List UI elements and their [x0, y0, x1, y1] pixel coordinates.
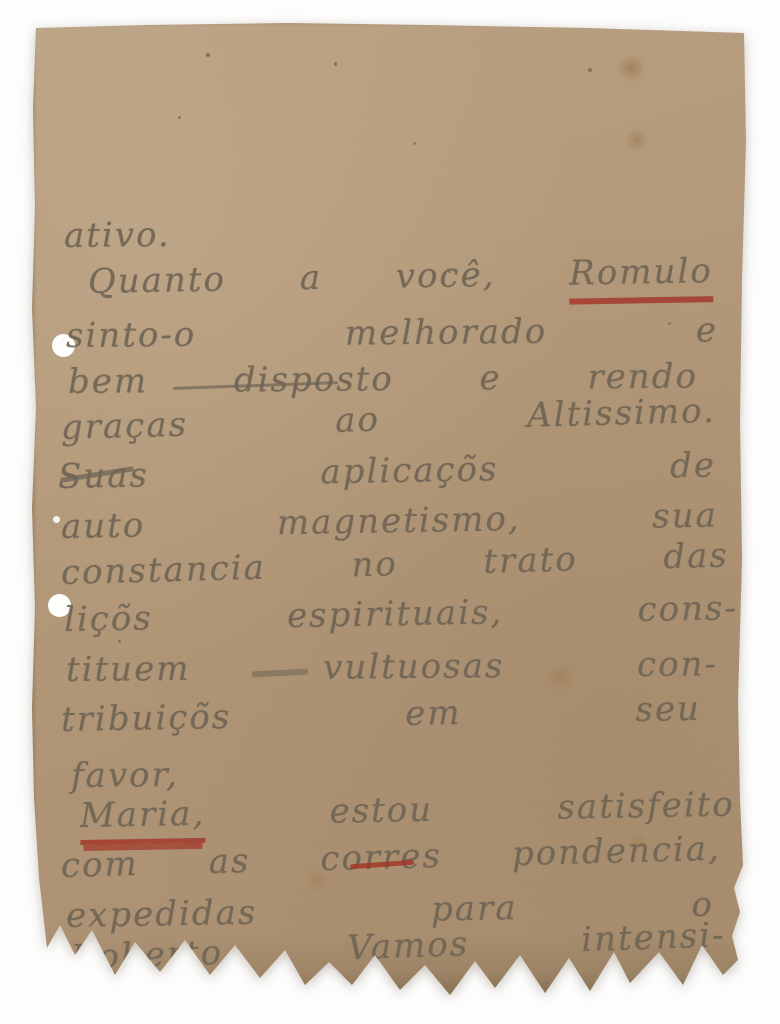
- handwritten-word: seu: [635, 689, 701, 730]
- handwritten-word: Romulo: [569, 251, 713, 304]
- handwritten-word: vultuosas: [323, 646, 505, 688]
- handwriting: ativo. Quantoavocê,Romulo sinto-omelhora…: [28, 20, 750, 1005]
- handwritten-word: tribuiçõs: [61, 697, 232, 740]
- handwritten-word: ao: [335, 400, 381, 441]
- handwriting-line-3: sinto-omelhoradoe: [66, 310, 718, 356]
- handwritten-word: bem: [68, 361, 148, 402]
- handwritten-word: das: [663, 536, 730, 578]
- handwritten-word: Maria,: [80, 794, 206, 845]
- handwritten-word: Roberto.: [70, 932, 236, 988]
- handwritten-word: tituem: [66, 649, 191, 690]
- paper-sheet: ativo. Quantoavocê,Romulo sinto-omelhora…: [28, 20, 750, 1005]
- handwritten-word: de: [670, 446, 717, 487]
- handwritten-word: sua: [652, 496, 718, 537]
- handwritten-word: Altissimo.: [527, 391, 717, 436]
- handwritten-word: a: [299, 258, 322, 309]
- handwriting-line-12: favor,: [71, 755, 179, 796]
- handwritten-word: as: [208, 841, 251, 882]
- handwritten-word: você,: [395, 255, 496, 308]
- handwriting-line-6: Suasaplicaçõsde: [58, 446, 717, 497]
- handwriting-line-2: Quantoavocê,Romulo: [88, 251, 714, 313]
- handwritten-word: auto: [61, 506, 146, 547]
- handwritten-word: espirituais,: [287, 592, 504, 636]
- handwritten-word: intensi-: [581, 915, 727, 970]
- handwriting-line-11: tribuiçõsemseu: [61, 689, 702, 740]
- handwritten-word: corres: [320, 836, 443, 879]
- handwriting-line-9: liçõsespirituais,cons-: [64, 588, 739, 640]
- letter-photo: ativo. Quantoavocê,Romulo sinto-omelhora…: [28, 20, 750, 1005]
- handwritten-word: magnetismo,: [277, 499, 521, 543]
- handwritten-word: liçõs: [64, 598, 153, 640]
- handwritten-word: cons-: [637, 588, 738, 630]
- handwritten-word: estou: [329, 790, 433, 841]
- handwritten-word: sinto-o: [66, 315, 197, 356]
- handwritten-word: expedidas: [66, 893, 258, 936]
- handwritten-word: disposto: [234, 359, 394, 400]
- handwritten-word: con-: [637, 644, 718, 685]
- handwritten-word: Vamos: [347, 924, 471, 978]
- handwritten-word: com: [60, 844, 139, 886]
- handwritten-word: e: [696, 310, 718, 350]
- handwritten-word: em: [405, 693, 462, 734]
- handwritten-word: graças: [60, 405, 188, 448]
- handwritten-word: no: [351, 544, 398, 585]
- handwriting-line-10: tituemvultuosascon-: [66, 644, 718, 690]
- handwritten-word: pondencia,: [511, 829, 721, 874]
- handwritten-word: e: [479, 358, 501, 398]
- handwritten-word: Quanto: [88, 260, 227, 313]
- handwritten-word: aplicaçõs: [320, 449, 499, 492]
- handwritten-word: melhorado: [345, 312, 548, 354]
- handwritten-word: constancia: [60, 548, 266, 593]
- handwriting-line-1: ativo.: [64, 215, 171, 256]
- handwritten-word: trato: [483, 539, 578, 581]
